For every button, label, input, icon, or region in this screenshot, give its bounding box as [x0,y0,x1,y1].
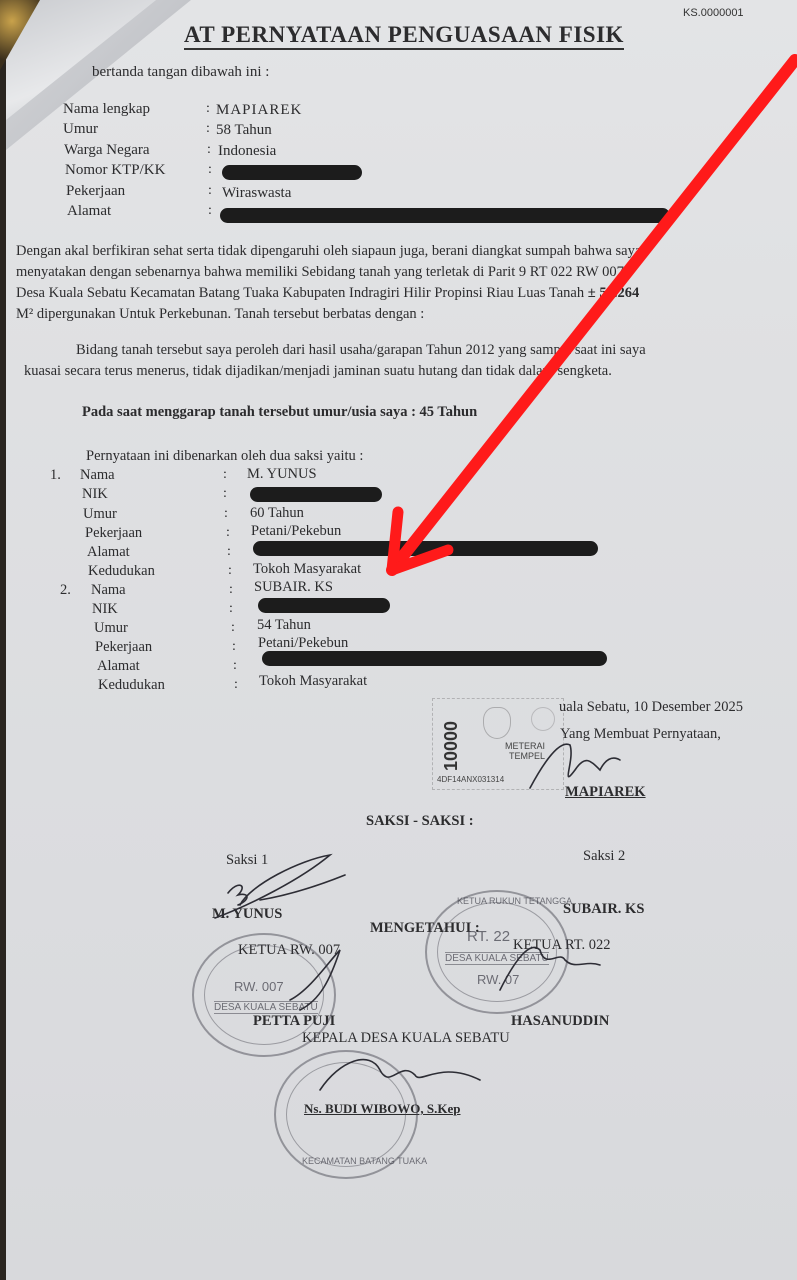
field-label: Alamat [87,544,130,561]
stamp-duty: 10000 METERAITEMPEL 4DF14ANX031314 [432,698,564,790]
witness-2-name: SUBAIR. KS [254,579,333,596]
witness-2-label: Saksi 2 [583,848,625,865]
document-code: KS.0000001 [683,7,744,19]
age-statement: Pada saat menggarap tanah tersebut umur/… [82,402,477,423]
witness-2-age: 54 Tahun [257,617,311,634]
place-date: uala Sebatu, 10 Desember 2025 [559,699,743,716]
field-label: NIK [92,601,118,618]
redacted-address [253,541,598,556]
witness-number: 1. [50,467,61,484]
paragraph-line: menyatakan dengan sebenarnya bahwa memil… [16,262,624,283]
rt-official-stamp: KETUA RUKUN TETANGGA RT. 22 DESA KUALA S… [425,890,569,1014]
field-label: Nama lengkap [63,101,150,118]
paragraph-line: M² dipergunakan Untuk Perkebunan. Tanah … [16,304,424,325]
area-unit: M² [16,306,33,322]
village-official-stamp: KECAMATAN BATANG TUAKA [274,1050,418,1179]
witness-1-sign-name: M. YUNUS [212,906,282,923]
witness-intro: Pernyataan ini dibenarkan oleh dua saksi… [86,446,363,467]
witness-number: 2. [60,582,71,599]
witness-1-name: M. YUNUS [247,466,317,483]
garuda-emblem-icon [483,707,511,739]
redacted-nik [258,598,390,613]
paragraph-line: Desa Kuala Sebatu Kecamatan Batang Tuaka… [16,283,639,304]
witness-2-position: Tokoh Masyarakat [259,673,367,690]
paragraph-line: Dengan akal berfikiran sehat serta tidak… [16,241,641,262]
field-label: NIK [82,486,108,503]
intro-text: bertanda tangan dibawah ini : [92,64,269,81]
field-label: Nomor KTP/KK [65,162,165,179]
declarant-nationality: Indonesia [218,143,276,160]
field-label: Umur [94,620,128,637]
declarant-name: MAPIAREK [216,102,302,119]
witness-1-age: 60 Tahun [250,505,304,522]
field-label: Warga Negara [64,142,150,159]
witness-1-label: Saksi 1 [226,852,268,869]
witness-2-occupation: Petani/Pekebun [258,635,348,652]
redacted-address [262,651,607,666]
field-label: Pekerjaan [85,525,142,542]
field-label: Pekerjaan [66,183,125,200]
witness-1-occupation: Petani/Pekebun [251,523,341,540]
maker-label: Yang Membuat Pernyataan, [560,726,721,743]
declarant-age: 58 Tahun [216,122,272,139]
stamp-duty-value: 10000 [441,721,462,771]
stamp-duty-label: METERAITEMPEL [505,741,545,761]
field-label: Umur [63,121,98,138]
field-label: Kedudukan [88,563,155,580]
witness-2-sign-name: SUBAIR. KS [563,901,644,918]
rw-official-stamp: RW. 007 DESA KUALA SEBATU [192,933,336,1057]
document-title: AT PERNYATAAN PENGUASAAN FISIK [184,22,624,50]
witness-1-position: Tokoh Masyarakat [253,561,361,578]
field-label: Umur [83,506,117,523]
paragraph-line: Bidang tanah tersebut saya peroleh dari … [76,340,646,361]
redacted-address [220,208,670,223]
field-label: Kedudukan [98,677,165,694]
field-label: Nama [80,467,115,484]
declarant-occupation: Wiraswasta [222,185,291,202]
redacted-ktp [222,165,362,180]
field-label: Nama [91,582,126,599]
village-head-title: KEPALA DESA KUALA SEBATU [302,1030,510,1047]
redacted-nik [250,487,382,502]
witnesses-heading: SAKSI - SAKSI : [366,813,474,830]
field-label: Alamat [67,203,111,220]
rt-head-name: HASANUDDIN [511,1013,609,1030]
land-area: ± 55.264 [588,285,639,301]
field-label: Pekerjaan [95,639,152,656]
stamp-duty-serial: 4DF14ANX031314 [437,775,504,784]
maker-name: MAPIAREK [565,784,646,801]
emblem-icon [531,707,555,731]
paragraph-line: kuasai secara terus menerus, tidak dijad… [24,361,612,382]
field-label: Alamat [97,658,140,675]
